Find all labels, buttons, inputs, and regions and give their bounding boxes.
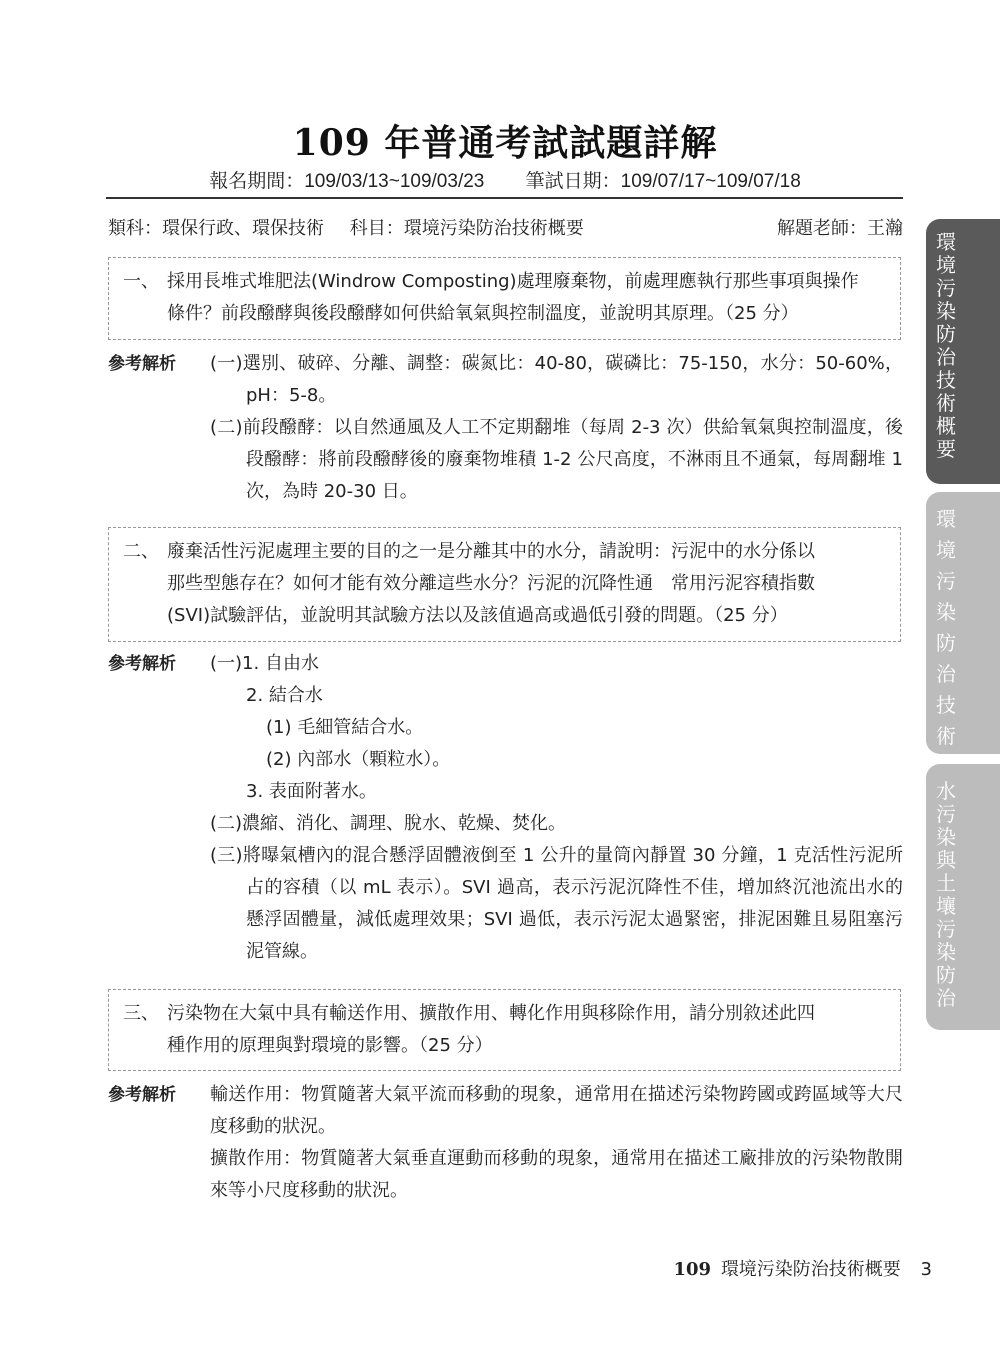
exam-meta: 類科：環保行政、環保技術 科目：環境污染防治技術概要 解題老師：王瀚: [108, 214, 903, 240]
side-tab-environmental-pollution-control-overview[interactable]: 環境污染防治技術概要: [926, 219, 1000, 484]
answer-label: 參考解析: [108, 348, 176, 380]
subject: 科目：環境污染防治技術概要: [350, 218, 584, 239]
footer-subject: 環境污染防治技術概要: [721, 1259, 901, 1280]
answer-subitem: 2. 結合水: [210, 680, 903, 712]
answer-label: 參考解析: [108, 648, 176, 680]
question-number: 二、: [123, 536, 167, 568]
question-line: 一、採用長堆式堆肥法(Windrow Composting)處理廢棄物，前處理應…: [123, 266, 888, 298]
exam-date: 筆試日期：109/07/17~109/07/18: [526, 171, 801, 192]
answer-1: 參考解析 (一)選別、破碎、分離、調整：碳氮比：40-80，碳磷比：75-150…: [108, 348, 903, 508]
answer-item: (二)前段醱酵：以自然通風及人工不定期翻堆（每周 2-3 次）供給氧氣與控制溫度…: [210, 412, 903, 508]
question-line: 三、污染物在大氣中具有輸送作用、擴散作用、轉化作用與移除作用，請分別敘述此四: [123, 998, 888, 1030]
side-tab-water-soil-pollution-control[interactable]: 水污染與土壤污染防治: [926, 764, 1000, 1030]
answer-3: 參考解析 輸送作用：物質隨著大氣平流而移動的現象，通常用在描述污染物跨國或跨區域…: [108, 1079, 903, 1207]
question-number: 三、: [123, 998, 167, 1030]
answer-subitem: 3. 表面附著水。: [210, 776, 903, 808]
answer-paragraph: 擴散作用：物質隨著大氣垂直運動而移動的現象，通常用在描述工廠排放的污染物散開來等…: [210, 1143, 903, 1207]
page-title: 109 年普通考試試題詳解: [0, 115, 1000, 166]
question-box-1: 一、採用長堆式堆肥法(Windrow Composting)處理廢棄物，前處理應…: [108, 257, 901, 340]
question-box-2: 二、廢棄活性污泥處理主要的目的之一是分離其中的水分，請說明：污泥中的水分係以 那…: [108, 527, 901, 642]
side-tab-environmental-pollution-control[interactable]: 環境污染防治技術: [926, 492, 1000, 754]
question-box-3: 三、污染物在大氣中具有輸送作用、擴散作用、轉化作用與移除作用，請分別敘述此四 種…: [108, 989, 901, 1071]
teacher: 解題老師：王瀚: [777, 214, 903, 240]
answer-item: (二)濃縮、消化、調理、脫水、乾燥、焚化。: [210, 808, 903, 840]
answer-subitem: (1) 毛細管結合水。: [210, 712, 903, 744]
answer-paragraph: 輸送作用：物質隨著大氣平流而移動的現象，通常用在描述污染物跨國或跨區域等大尺度移…: [210, 1079, 903, 1143]
question-line: (SVI)試驗評估，並說明其試驗方法以及該值過高或過低引發的問題。（25 分）: [123, 600, 888, 632]
exam-dates: 報名期間：109/03/13~109/03/23 筆試日期：109/07/17~…: [0, 166, 1000, 193]
question-line: 條件？前段醱酵與後段醱酵如何供給氧氣與控制溫度，並說明其原理。（25 分）: [123, 298, 888, 330]
page-footer: 109 環境污染防治技術概要 3: [674, 1255, 933, 1281]
question-line: 種作用的原理與對環境的影響。（25 分）: [123, 1030, 888, 1062]
footer-year: 109: [674, 1259, 712, 1280]
answer-item: (一)1. 自由水: [210, 648, 903, 680]
category: 類科：環保行政、環保技術: [108, 218, 324, 239]
question-number: 一、: [123, 266, 167, 298]
answer-item: (三)將曝氣槽內的混合懸浮固體液倒至 1 公升的量筒內靜置 30 分鐘，1 克活…: [210, 840, 903, 968]
registration-period: 報名期間：109/03/13~109/03/23: [209, 171, 484, 192]
answer-subitem: (2) 內部水（顆粒水）。: [210, 744, 903, 776]
answer-label: 參考解析: [108, 1079, 176, 1111]
answer-2: 參考解析 (一)1. 自由水 2. 結合水 (1) 毛細管結合水。 (2) 內部…: [108, 648, 903, 968]
header-divider: [106, 197, 903, 199]
question-line: 二、廢棄活性污泥處理主要的目的之一是分離其中的水分，請說明：污泥中的水分係以: [123, 536, 888, 568]
answer-item: (一)選別、破碎、分離、調整：碳氮比：40-80，碳磷比：75-150，水分：5…: [210, 348, 903, 412]
page-number: 3: [921, 1259, 932, 1280]
question-line: 那些型態存在？如何才能有效分離這些水分？污泥的沉降性通 常用污泥容積指數: [123, 568, 888, 600]
